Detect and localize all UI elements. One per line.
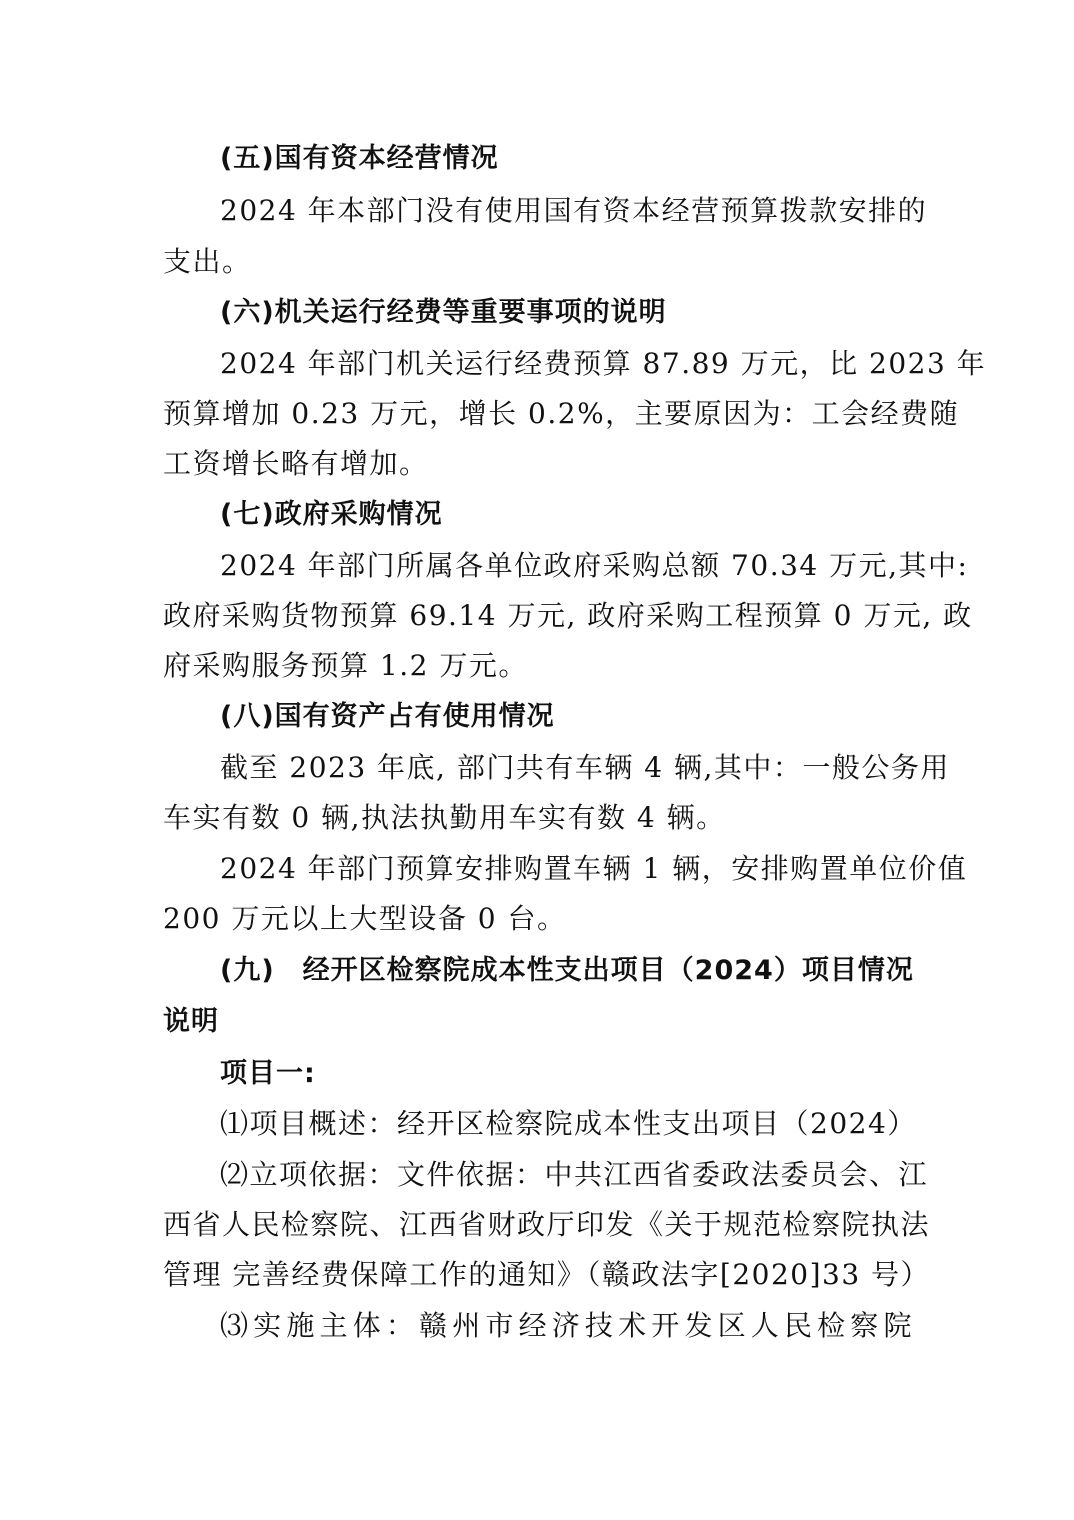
- paragraph-line: 2024 年部门所属各单位政府采购总额 70.34 万元,其中:: [220, 548, 913, 584]
- paragraph-line: ⑶实施主体：赣州市经济技术开发区人民检察院: [220, 1308, 913, 1344]
- section-heading-9-cont: 说明: [163, 1004, 913, 1040]
- section-heading-5: (五)国有资本经营情况: [220, 141, 913, 177]
- subheading-project-one: 项目一:: [220, 1056, 913, 1092]
- paragraph-line: 截至 2023 年底, 部门共有车辆 4 辆,其中：一般公务用: [220, 750, 913, 786]
- paragraph-line: 2024 年本部门没有使用国有资本经营预算拨款安排的: [220, 193, 913, 229]
- paragraph-line: 政府采购货物预算 69.14 万元, 政府采购工程预算 0 万元, 政: [163, 598, 913, 634]
- paragraph-line: ⑵立项依据：文件依据：中共江西省委政法委员会、江: [220, 1157, 913, 1193]
- section-heading-6: (六)机关运行经费等重要事项的说明: [220, 295, 913, 331]
- paragraph-line: 200 万元以上大型设备 0 台。: [163, 901, 913, 937]
- paragraph-line: 预算增加 0.23 万元，增长 0.2%，主要原因为：工会经费随: [163, 396, 913, 432]
- section-heading-7: (七)政府采购情况: [220, 497, 913, 533]
- paragraph-line: 管理 完善经费保障工作的通知》（赣政法字[2020]33 号）: [163, 1257, 913, 1293]
- paragraph-line: 2024 年部门预算安排购置车辆 1 辆，安排购置单位价值: [220, 851, 913, 887]
- paragraph-line: 府采购服务预算 1.2 万元。: [163, 648, 913, 684]
- section-heading-8: (八)国有资产占有使用情况: [220, 699, 913, 735]
- paragraph-line: 支出。: [163, 244, 913, 280]
- section-heading-9: (九) 经开区检察院成本性支出项目（2024）项目情况: [220, 953, 913, 989]
- paragraph-line: 西省人民检察院、江西省财政厅印发《关于规范检察院执法: [163, 1207, 913, 1243]
- paragraph-line: ⑴项目概述：经开区检察院成本性支出项目（2024）: [220, 1106, 913, 1142]
- paragraph-line: 2024 年部门机关运行经费预算 87.89 万元，比 2023 年: [220, 346, 913, 382]
- paragraph-line: 车实有数 0 辆,执法执勤用车实有数 4 辆。: [163, 800, 913, 836]
- paragraph-line: 工资增长略有增加。: [163, 446, 913, 482]
